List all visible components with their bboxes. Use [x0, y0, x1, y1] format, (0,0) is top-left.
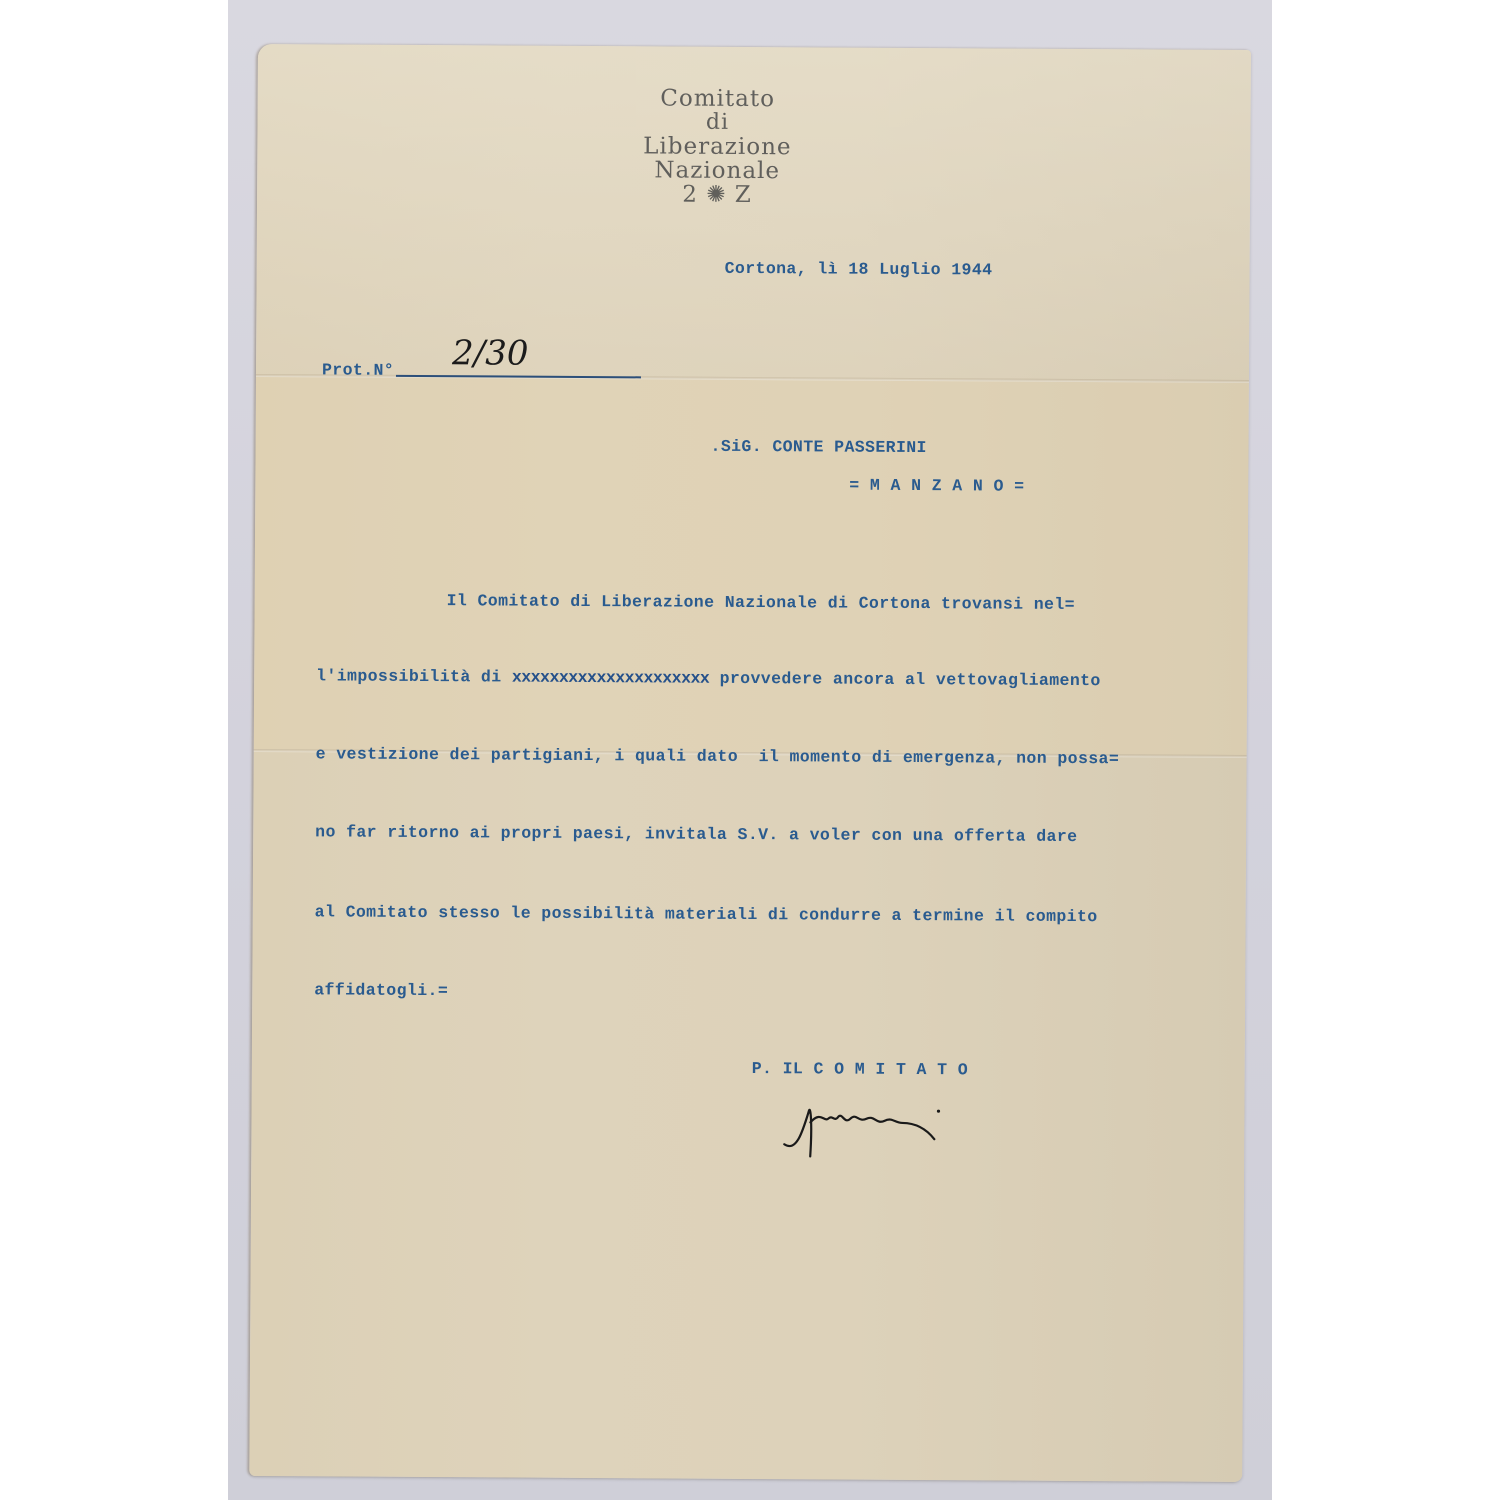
letter-sheet: Comitato di Liberazione Nazionale 2 ✺ Z … — [249, 44, 1251, 1482]
letterhead-stamp: Comitato di Liberazione Nazionale 2 ✺ Z — [617, 86, 818, 207]
body-line: e vestizione dei partigiani, i quali dat… — [316, 744, 1120, 768]
body-text: l'impossibilità di — [316, 666, 512, 686]
body-line: Il Comitato di Liberazione Nazionale di … — [447, 591, 1076, 614]
stamp-line: Liberazione — [617, 134, 817, 159]
struck-out-text: xxxxxxxxxxxxxxxxxxxxx — [512, 668, 710, 688]
recipient-place: = M A N Z A N O = — [849, 476, 1024, 496]
stamp-line: Comitato — [618, 86, 818, 111]
stamp-line: Nazionale — [617, 158, 817, 183]
stamp-line: 2 ✺ Z — [617, 182, 817, 207]
body-text: provvedere ancora al vettovagliamento — [709, 669, 1101, 690]
paper-middle-panel — [254, 377, 1249, 755]
closing-label: P. IL C O M I T A T O — [752, 1059, 968, 1079]
recipient-name: .SiG. CONTE PASSERINI — [710, 437, 926, 457]
stamp-line: di — [617, 110, 817, 135]
signature-icon — [776, 1092, 956, 1163]
body-line: no far ritorno ai propri paesi, invitala… — [315, 822, 1077, 846]
body-line: affidatogli.= — [314, 980, 448, 1000]
body-line: al Comitato stesso le possibilità materi… — [315, 902, 1098, 926]
protocol-label: Prot.N° — [322, 360, 394, 379]
protocol-number: 2/30 — [452, 333, 529, 373]
date-line: Cortona, lì 18 Luglio 1944 — [725, 259, 993, 280]
